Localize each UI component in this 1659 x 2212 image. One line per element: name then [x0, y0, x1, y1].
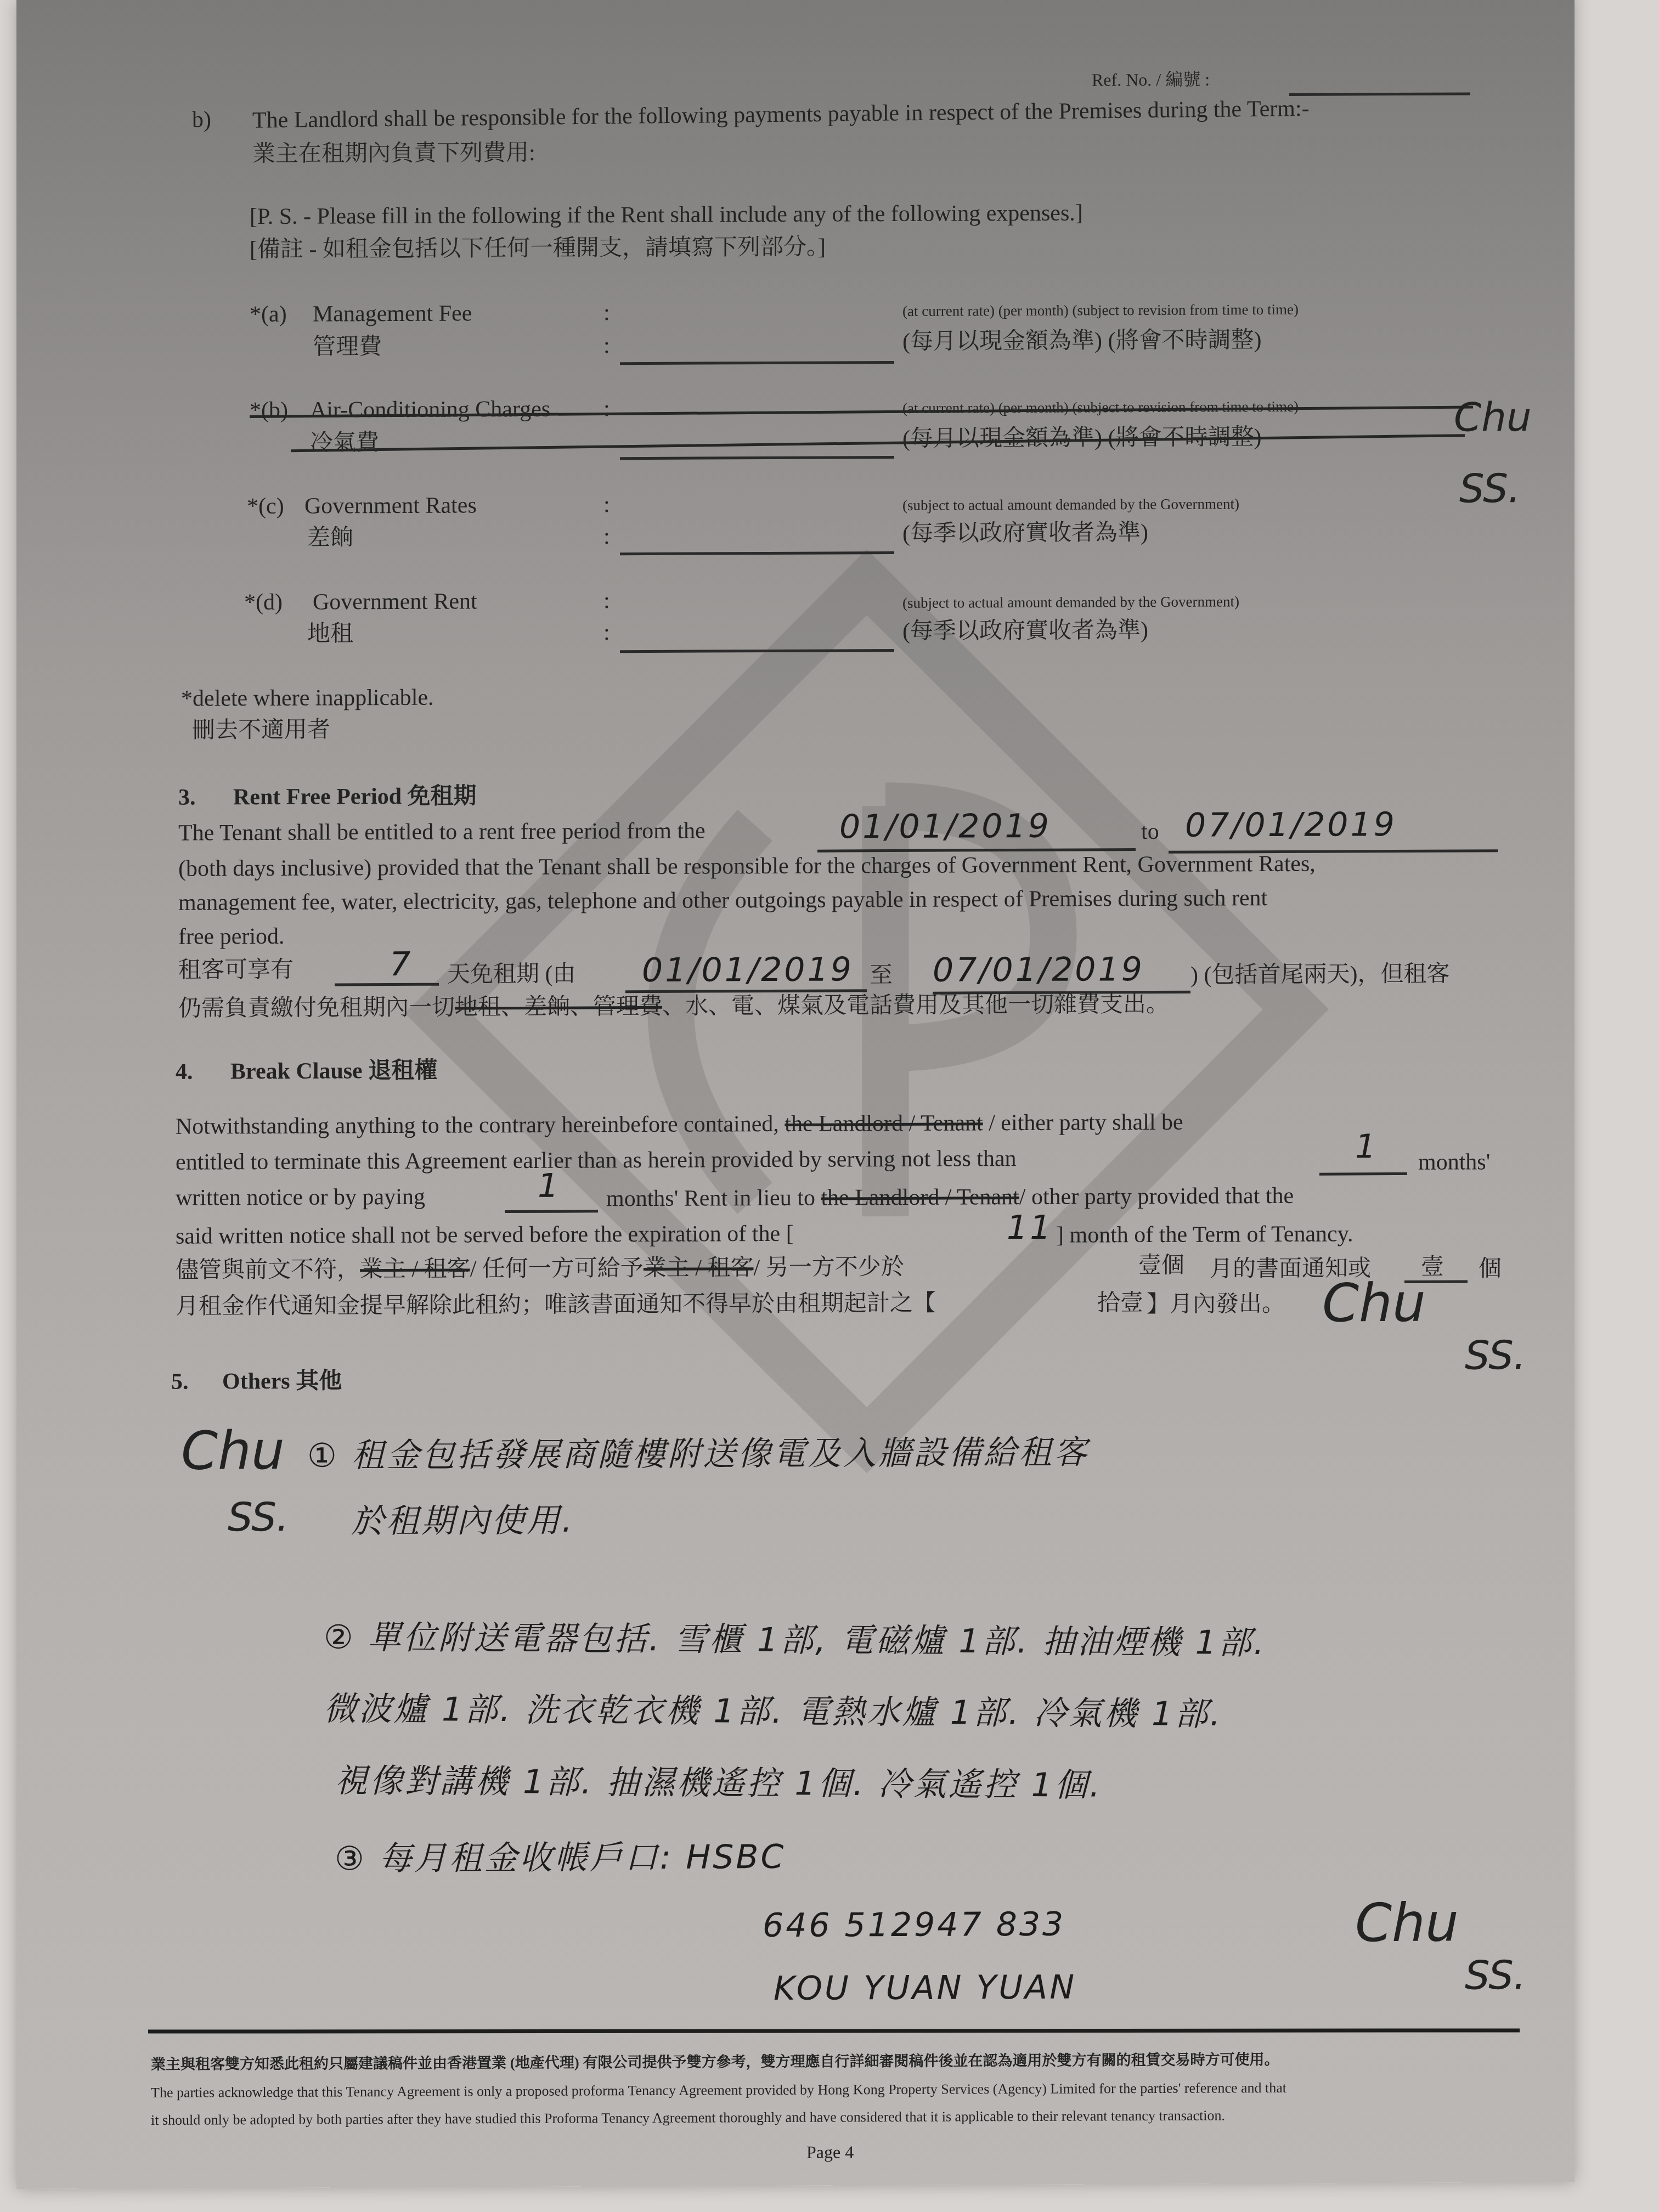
rent-free-zh-line2: 仍需負責繳付免租期內一切地租、差餉、管理費、水、電、煤氣及電話費用及其他一切雜費…: [178, 991, 1169, 1023]
initial-ss: SS.: [1465, 1952, 1526, 1998]
item-key: *(a): [250, 301, 287, 329]
initial-ss: SS.: [1459, 465, 1521, 511]
zh-text: 、水、電、煤氣及電話費用及其他一切雜費支出。: [662, 992, 1169, 1019]
zh-struck: 業主 / 租客: [360, 1256, 470, 1282]
initial-signature: Chu: [1322, 1272, 1426, 1334]
notice-months-underline: [1319, 1172, 1407, 1176]
handwritten-note-line: ② 單位附送電器包括. 雪櫃 1部, 電磁爐 1部. 抽油煙機 1部.: [324, 1618, 1267, 1663]
section-3-number: 3.: [178, 784, 196, 812]
item-label-en: Management Fee: [313, 300, 472, 328]
break-clause-zh2: 月租金作代通知金提早解除此租約；唯該書面通知不得早於由租期起計之【: [176, 1290, 936, 1321]
delete-note-en: *delete where inapplicable.: [181, 684, 434, 713]
zh-struck-text: 地租、差餉、管理費: [455, 994, 662, 1020]
handwritten-note-line: ① 租金包括發展商隨樓附送像電及入牆設備給租客: [307, 1432, 1089, 1475]
initial-signature: Chu: [1454, 394, 1532, 441]
rent-free-text: management fee, water, electricity, gas,…: [178, 884, 1267, 917]
bank-account-number: 646 512947 833: [763, 1905, 1065, 1945]
footer-disclaimer-en2: it should only be adopted by both partie…: [151, 2107, 1225, 2129]
item-colon: :: [603, 395, 610, 422]
government-rates-field[interactable]: [620, 551, 894, 555]
item-note-en: (subject to actual amount demanded by th…: [902, 592, 1239, 612]
footer-disclaimer-en1: The parties acknowledge that this Tenanc…: [151, 2079, 1286, 2101]
item-note-zh: (每季以政府實收者為準): [902, 519, 1148, 548]
expiry-month-value[interactable]: 11: [1007, 1208, 1053, 1248]
air-conditioning-field[interactable]: [620, 456, 894, 460]
delete-note-zh: 刪去不適用者: [192, 716, 330, 744]
footer-divider: [148, 2028, 1520, 2033]
section-b-marker: b): [192, 106, 211, 134]
item-note-zh: (每月以現金額為準) (將會不時調整): [902, 326, 1261, 356]
days-underline: [335, 983, 439, 986]
rent-free-to-date[interactable]: 07/01/2019: [1185, 805, 1397, 845]
rent-free-zh-text: 天免租期 (由: [447, 961, 576, 989]
item-key: *(c): [247, 493, 284, 521]
text: / other party provided that the: [1019, 1183, 1294, 1210]
item-colon: :: [603, 619, 610, 646]
rent-free-days[interactable]: 7: [390, 945, 413, 984]
zh-expiry-value[interactable]: 拾壹: [1097, 1289, 1143, 1317]
initial-signature: Chu: [181, 1420, 285, 1482]
section-b-title-en: The Landlord shall be responsible for th…: [252, 95, 1310, 134]
struck-text: the Landlord / Tenant: [821, 1184, 1019, 1211]
rent-free-text: The Tenant shall be entitled to a rent f…: [178, 817, 706, 848]
section-b-title-zh: 業主在租期內負責下列費用:: [252, 139, 535, 168]
section-5-number: 5.: [171, 1368, 189, 1396]
struck-text: the Landlord / Tenant: [785, 1110, 983, 1137]
initial-ss: SS.: [228, 1494, 289, 1540]
section-5-title: Others 其他: [222, 1367, 342, 1395]
item-label-en: Government Rates: [304, 492, 477, 520]
page-number: Page 4: [806, 2141, 854, 2163]
footer-disclaimer-zh: 業主與租客雙方知悉此租約只屬建議稿件並由香港置業 (地產代理) 有限公司提供予雙…: [151, 2050, 1500, 2073]
item-colon: :: [603, 299, 610, 326]
break-clause-text: ] month of the Term of Tenancy.: [1056, 1220, 1353, 1249]
item-note-zh: (每季以政府實收者為準): [902, 617, 1148, 645]
zh-text: 個: [1479, 1255, 1502, 1283]
zh-text: / 任何一方可給予: [470, 1256, 644, 1282]
break-clause-text: months': [1418, 1148, 1490, 1176]
zh-text: 儘管與前文不符，: [176, 1257, 360, 1283]
zh-notice-value[interactable]: 壹個: [1138, 1251, 1184, 1279]
item-colon: :: [603, 332, 610, 359]
item-key: *(d): [244, 589, 283, 617]
text: Notwithstanding anything to the contrary…: [176, 1111, 779, 1139]
document-page: Ref. No. / 編號 : b) The Landlord shall be…: [16, 0, 1575, 2189]
handwritten-note-line: 於租期內使用.: [351, 1501, 574, 1542]
item-label-en: Government Rent: [313, 588, 477, 616]
section-3-title: Rent Free Period 免租期: [233, 782, 477, 811]
break-clause-line2: entitled to terminate this Agreement ear…: [176, 1145, 1017, 1176]
account-holder-name: KOU YUAN YUAN: [774, 1968, 1076, 2008]
item-label-en: Air-Conditioning Charges: [310, 396, 550, 424]
initial-signature: Chu: [1355, 1892, 1459, 1954]
item-colon: :: [603, 587, 610, 614]
zh-text: 】月內發出。: [1147, 1290, 1285, 1318]
item-key: *(b): [250, 397, 288, 425]
item-label-zh: 冷氣費: [310, 429, 379, 457]
rent-free-from-date[interactable]: 01/01/2019: [839, 806, 1051, 847]
rent-months-underline: [505, 1210, 598, 1213]
rent-free-zh-text: 租客可享有: [178, 956, 294, 984]
item-label-zh: 管理費: [313, 333, 382, 361]
section-4-title: Break Clause 退租權: [230, 1057, 437, 1086]
ref-no-label: Ref. No. / 編號 :: [1092, 69, 1210, 91]
item-note-en: (at current rate) (per month) (subject t…: [902, 301, 1299, 320]
strike-line: [291, 434, 1465, 452]
rent-free-to-label: to: [1141, 818, 1159, 846]
break-clause-line3: written notice or by paying: [176, 1183, 425, 1212]
initial-ss: SS.: [1465, 1332, 1526, 1378]
zh-struck: 業主 / 租客: [644, 1255, 754, 1281]
rent-free-text: free period.: [178, 923, 285, 951]
ps-note-en: [P. S. - Please fill in the following if…: [250, 200, 1083, 231]
rent-free-zh-text: 至: [870, 962, 893, 990]
item-label-zh: 差餉: [307, 524, 353, 552]
break-clause-line4: said written notice shall not be served …: [176, 1220, 794, 1250]
item-colon: :: [603, 523, 610, 550]
government-rent-field[interactable]: [620, 649, 894, 653]
ref-no-field[interactable]: [1289, 92, 1470, 95]
zh-text: 仍需負責繳付免租期內一切: [178, 995, 455, 1022]
text: months' Rent in lieu to: [606, 1186, 815, 1212]
handwritten-note-line: 視像對講機 1部. 抽濕機遙控 1個. 冷氣遙控 1個.: [335, 1761, 1103, 1805]
handwritten-note-line: 微波爐 1部. 洗衣乾衣機 1部. 電熱水爐 1部. 冷氣機 1部.: [324, 1689, 1223, 1734]
zh-text: / 另一方不少於: [754, 1255, 904, 1280]
rent-free-zh-from[interactable]: 01/01/2019: [642, 950, 854, 990]
management-fee-field[interactable]: [620, 361, 894, 365]
ps-note-zh: [備註 - 如租金包括以下任何一種開支，請填寫下列部分。]: [250, 234, 826, 264]
section-4-number: 4.: [176, 1058, 193, 1086]
break-clause-zh1: 儘管與前文不符，業主 / 租客/ 任何一方可給予業主 / 租客/ 另一方不少於: [176, 1254, 904, 1284]
notice-months-value[interactable]: 1: [1355, 1127, 1378, 1166]
break-clause-line1: Notwithstanding anything to the contrary…: [176, 1109, 1183, 1141]
rent-free-text: (both days inclusive) provided that the …: [178, 850, 1316, 883]
text: / either party shall be: [989, 1110, 1183, 1136]
item-label-zh: 地租: [307, 620, 353, 648]
rent-months-value[interactable]: 1: [538, 1166, 561, 1206]
item-colon: :: [603, 491, 610, 518]
break-clause-line3b: months' Rent in lieu to the Landlord / T…: [606, 1182, 1294, 1213]
handwritten-note-line: ③ 每月租金收帳戶口: HSBC: [335, 1837, 786, 1879]
rent-free-zh-to[interactable]: 07/01/2019: [933, 950, 1144, 990]
rent-free-zh-text: ) (包括首尾兩天)，但租客: [1190, 961, 1449, 989]
item-note-en: (subject to actual amount demanded by th…: [902, 495, 1239, 514]
